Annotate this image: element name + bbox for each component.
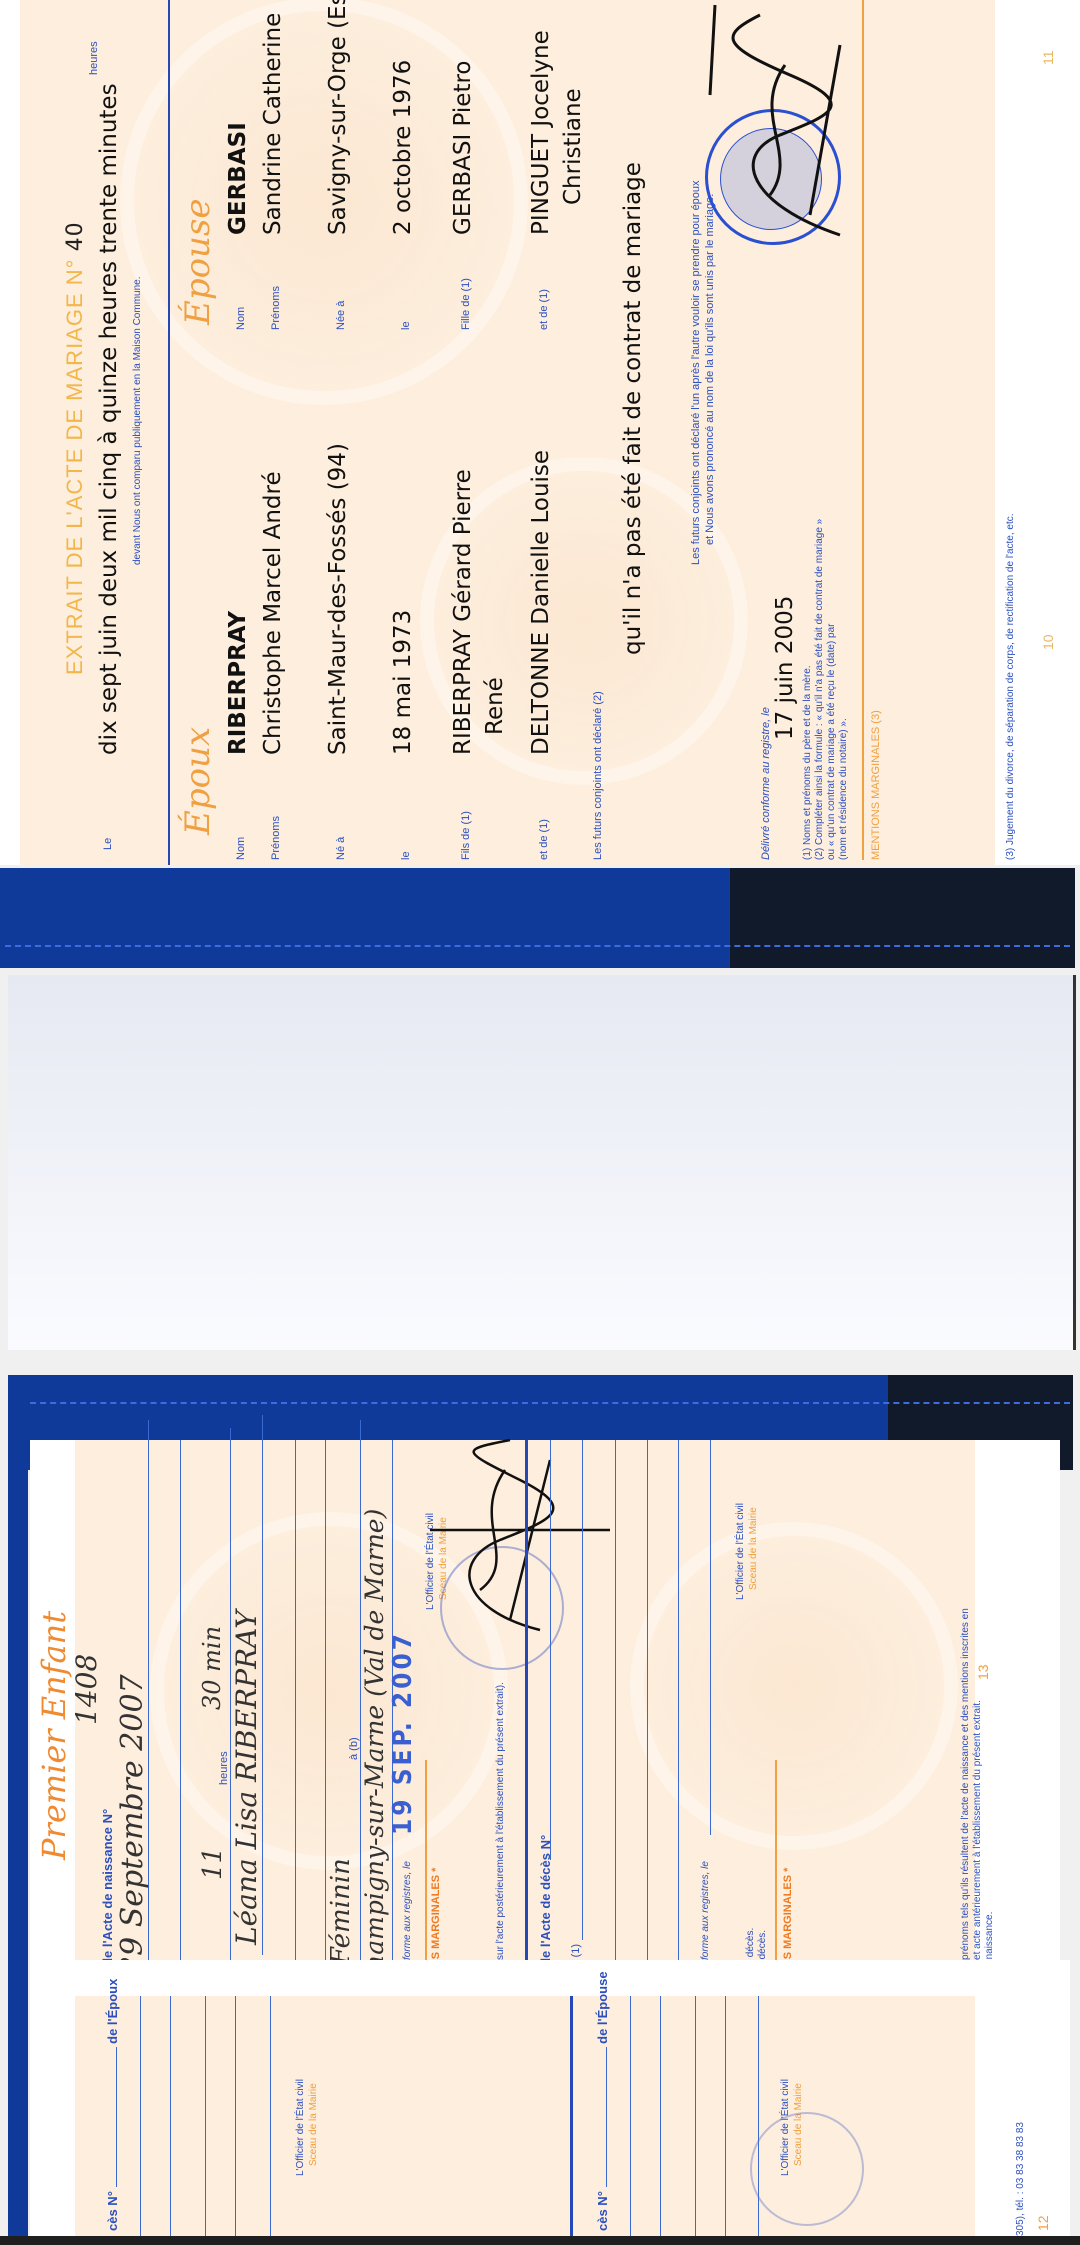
epouse-mother: PINGUET Jocelyne [528, 30, 554, 235]
epouse-heading: Épouse [178, 198, 218, 325]
footnote-1: (1) Noms et prénoms du père et de la mèr… [802, 519, 814, 860]
mentions-divider [862, 0, 864, 860]
marriage-extract-sheet: Le EXTRAIT DE L'ACTE DE MARIAGE N° 40 he… [0, 0, 1080, 865]
page-number-11: 11 [1040, 50, 1056, 65]
epouse-death-title: cès N° de l'Épouse [595, 1971, 610, 2231]
epoux-father: RIBERPRAY Gérard Pierre [450, 469, 476, 755]
epouse-nee-a: Savigny-sur-Orge (Essonne) [325, 0, 351, 235]
footnote-2: (2) Compléter ainsi la formule : « qu'il… [814, 519, 826, 860]
cover-stitching-2 [10, 1402, 1070, 1404]
marriage-date-text: dix sept juin deux mil cinq à quinze heu… [96, 83, 122, 755]
epoux-death-title: cès N° de l'Époux [105, 1979, 120, 2231]
marriage-title-text: EXTRAIT DE L'ACTE DE MARIAGE N° [62, 259, 87, 675]
booklet-cover-band [0, 868, 730, 968]
epouse-death-suffix: de l'Épouse [595, 1971, 610, 2043]
spouse-death-sheet: cès N° de l'Époux L'Officier de l'État c… [30, 1960, 1070, 2236]
epouse-nee-a-label: Née à [335, 301, 347, 330]
epouse-nom: GERBASI [225, 122, 251, 235]
page-gap [0, 1352, 1080, 1374]
le-label: Le [102, 838, 114, 850]
devant-text: devant Nous ont comparu publiquement en … [132, 277, 143, 566]
declared-label: Les futurs conjoints ont déclaré (2) [592, 691, 604, 860]
birth-number: 1408 [70, 1654, 103, 1725]
child-name-handwritten: Léana Lisa RIBERPRAY [230, 1610, 263, 1945]
contract-text: qu'il n'a pas été fait de contrat de mar… [620, 162, 646, 655]
epoux-heading: Époux [178, 727, 218, 835]
officer-signature-child [420, 1430, 620, 1650]
death-sceau-label: Sceau de la Mairie [748, 1507, 759, 1590]
birthplace-handwritten: Champigny-sur-Marne (Val de Marne) [360, 1509, 389, 1990]
birth-hour: 11 [198, 1847, 228, 1880]
epoux-nom-label: Nom [235, 837, 247, 860]
birth-date-handwritten: 29 Septembre 2007 [115, 1674, 150, 1975]
booklet-cover-side [8, 1375, 28, 2237]
epoux-prenoms-label: Prénoms [270, 816, 282, 860]
epouse-le-label: le [400, 321, 412, 330]
epouse-prenoms: Sandrine Catherine [260, 13, 286, 235]
epoux-ne-a: Saint-Maur-des-Fossés (94) [325, 443, 351, 755]
epoux-mother: DELTONNE Danielle Louise [528, 450, 554, 755]
epoux-death-prefix: cès N° [105, 2191, 120, 2231]
epoux-sceau-label: Sceau de la Mairie [308, 2083, 319, 2166]
epoux-fils-de-label: Fils de (1) [460, 811, 472, 860]
epouse-fille-de-label: Fille de (1) [460, 278, 472, 330]
page-number-12: 12 [1035, 2215, 1051, 2231]
publisher-line: 305), tél. : 03 83 38 83 83 [1015, 2122, 1027, 2236]
epouse-death-prefix: cès N° [595, 2191, 610, 2231]
epoux-father-line2: René [482, 677, 508, 735]
epouse-et-de-label: et de (1) [538, 289, 550, 330]
officer-signature [690, 0, 880, 275]
epoux-ne-a-label: Né à [335, 837, 347, 860]
footnote-2b: ou « qu'un contrat de mariage a été reçu… [826, 519, 838, 860]
epoux-prenoms: Christophe Marcel André [260, 471, 286, 755]
first-child-sheet: Premier Enfant Extrait de l'Acte de nais… [30, 1440, 1060, 2010]
marriage-number: 40 [63, 221, 88, 251]
note-a: (a) Nom et prénoms tels qu'ils résultent… [960, 1608, 972, 2010]
marriage-extract-title: EXTRAIT DE L'ACTE DE MARIAGE N° 40 [62, 221, 88, 675]
page-number-13: 13 [975, 1664, 991, 1680]
mentions-vertical-divider [862, 423, 863, 425]
epouse-mother-line2: Christiane [560, 88, 586, 205]
footnotes: (1) Noms et prénoms du père et de la mèr… [802, 519, 850, 860]
delivered-label: Délivré conforme au registre, le [760, 707, 772, 860]
blank-page [8, 975, 1076, 1350]
death-officer-label: L'Officier de l'État civil [735, 1503, 746, 1600]
epoux-officer-label: L'Officier de l'État civil [295, 2079, 306, 2176]
faded-stamp [750, 2112, 864, 2226]
epoux-le-label: le [400, 851, 412, 860]
delivered-date-stamp: 19 SEP. 2007 [388, 1631, 418, 1835]
booklet-cover-dark [730, 868, 1075, 968]
heures-label: heures [218, 1751, 230, 1785]
premier-enfant-heading: Premier Enfant [35, 1611, 73, 1860]
epouse-nom-label: Nom [235, 307, 247, 330]
sex-handwritten: Féminin [326, 1858, 356, 1965]
birth-minutes: 30 min [198, 1626, 226, 1710]
mentions-marginales-label: MENTIONS MARGINALES (3) [870, 710, 882, 860]
viewer-bottom-edge [0, 2236, 1080, 2245]
epoux-nom: RIBERPRAY [225, 611, 251, 755]
epoux-death-suffix: de l'Époux [105, 1979, 120, 2044]
delivered-date: 17 juin 2005 [772, 596, 798, 740]
epoux-et-de-label: et de (1) [538, 819, 550, 860]
page-number-10: 10 [1040, 634, 1056, 650]
birthplace-label: à (b) [348, 1737, 360, 1760]
cover-stitching [5, 945, 1070, 947]
epouse-birthdate: 2 octobre 1976 [390, 60, 416, 235]
heures-label: heures [88, 41, 100, 75]
divider-line [168, 0, 170, 865]
epoux-birthdate: 18 mai 1973 [390, 610, 416, 755]
epouse-prenoms-label: Prénoms [270, 286, 282, 330]
epouse-father: GERBASI Pietro [450, 61, 476, 236]
footnote-3: (3) Jugement du divorce, de séparation d… [1005, 513, 1017, 860]
footnote-2c: (nom et résidence du notaire) ». [838, 519, 850, 860]
